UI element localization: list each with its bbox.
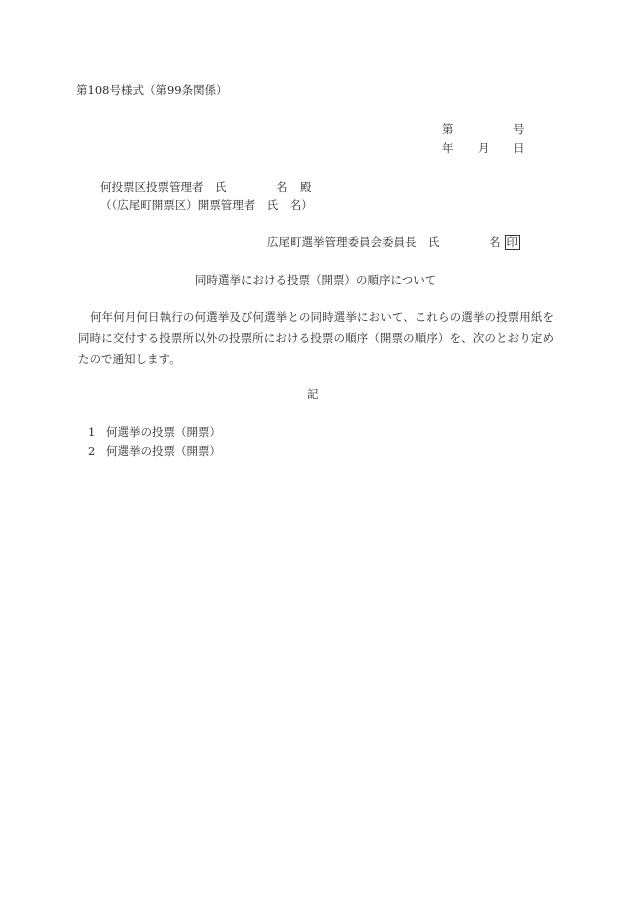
seal-icon: 印	[505, 235, 521, 250]
date-month: 月	[478, 141, 490, 156]
list-item-2: 何選挙の投票（開票）	[106, 444, 221, 459]
sender-title: 広尾町選挙管理委員会委員長 氏	[267, 235, 440, 250]
recipient-line-2: （（広尾町開票区）開票管理者 氏 名）	[100, 198, 313, 213]
recipient-name-char: 名	[276, 180, 288, 195]
doc-number-prefix: 第	[442, 122, 454, 137]
list-item-1-number: 1	[88, 425, 95, 440]
doc-number-suffix: 号	[513, 122, 525, 137]
sender-name-char: 名印	[489, 235, 520, 250]
list-item-2-number: 2	[88, 444, 95, 459]
form-id: 第108号様式（第99条関係）	[76, 83, 228, 98]
recipient-line-1: 何投票区投票管理者 氏	[100, 180, 227, 195]
subject-title: 同時選挙における投票（開票）の順序について	[195, 273, 436, 288]
date-day: 日	[513, 141, 525, 156]
sender-name-label: 名	[489, 235, 501, 249]
body-paragraph: 何年何月何日執行の何選挙及び何選挙との同時選挙において、これらの選挙の投票用紙を…	[78, 307, 554, 370]
ki-heading: 記	[307, 387, 319, 402]
list-item-1: 何選挙の投票（開票）	[106, 425, 221, 440]
recipient-honorific: 殿	[300, 180, 312, 195]
date-year: 年	[442, 141, 454, 156]
